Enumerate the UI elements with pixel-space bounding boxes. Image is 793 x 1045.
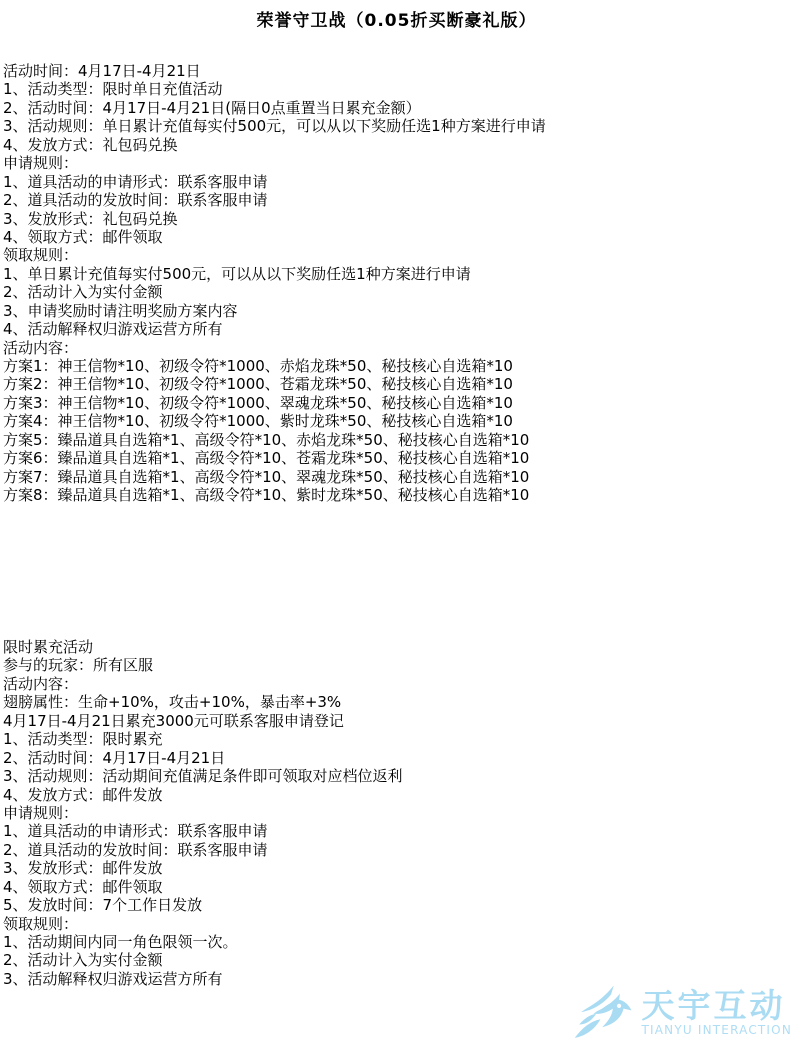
text-line: 1、道具活动的申请形式：联系客服申请 xyxy=(3,822,403,840)
text-line: 1、单日累计充值每实付500元，可以从以下奖励任选1种方案进行申请 xyxy=(3,265,546,283)
text-line: 2、道具活动的发放时间：联系客服申请 xyxy=(3,191,546,209)
text-line: 参与的玩家：所有区服 xyxy=(3,656,403,674)
text-line: 4、领取方式：邮件领取 xyxy=(3,228,546,246)
swallow-bird-icon xyxy=(573,984,635,1042)
text-line: 4、发放方式：礼包码兑换 xyxy=(3,136,546,154)
section-heading: 活动内容： xyxy=(3,675,403,693)
reward-plan-line: 方案4：神王信物*10、初级令符*1000、紫时龙珠*50、秘技核心自选箱*10 xyxy=(3,412,546,430)
text-line: 翅膀属性：生命+10%，攻击+10%，暴击率+3% xyxy=(3,693,403,711)
text-line: 1、活动类型：限时累充 xyxy=(3,730,403,748)
text-line: 2、活动时间：4月17日-4月21日(隔日0点重置当日累充金额） xyxy=(3,99,546,117)
text-line: 1、道具活动的申请形式：联系客服申请 xyxy=(3,173,546,191)
reward-plan-line: 方案2：神王信物*10、初级令符*1000、苍霜龙珠*50、秘技核心自选箱*10 xyxy=(3,375,546,393)
text-line: 4、领取方式：邮件领取 xyxy=(3,878,403,896)
reward-plan-line: 方案7：臻品道具自选箱*1、高级令符*10、翠魂龙珠*50、秘技核心自选箱*10 xyxy=(3,468,546,486)
logo-text: 天宇互动 TIANYU INTERACTION xyxy=(641,989,792,1037)
text-line: 2、道具活动的发放时间：联系客服申请 xyxy=(3,841,403,859)
reward-plan-line: 方案3：神王信物*10、初级令符*1000、翠魂龙珠*50、秘技核心自选箱*10 xyxy=(3,394,546,412)
text-line: 1、活动期间内同一角色限领一次。 xyxy=(3,933,403,951)
text-line: 2、活动计入为实付金额 xyxy=(3,283,546,301)
limited-time-cumulative-recharge-section: 限时累充活动 参与的玩家：所有区服 活动内容： 翅膀属性：生命+10%，攻击+1… xyxy=(3,638,403,988)
page-title: 荣誉守卫战（0.05折买断豪礼版） xyxy=(0,6,793,31)
single-day-recharge-activity-section: 活动时间：4月17日-4月21日 1、活动类型：限时单日充值活动 2、活动时间：… xyxy=(3,62,546,505)
section-heading: 限时累充活动 xyxy=(3,638,403,656)
section-heading: 活动内容： xyxy=(3,339,546,357)
reward-plan-line: 方案1：神王信物*10、初级令符*1000、赤焰龙珠*50、秘技核心自选箱*10 xyxy=(3,357,546,375)
text-line: 5、发放时间：7个工作日发放 xyxy=(3,896,403,914)
tianyu-interaction-logo: 天宇互动 TIANYU INTERACTION xyxy=(573,984,792,1042)
text-line: 3、活动规则：活动期间充值满足条件即可领取对应档位返利 xyxy=(3,767,403,785)
section-heading: 申请规则： xyxy=(3,154,546,172)
text-line: 2、活动计入为实付金额 xyxy=(3,951,403,969)
logo-name-cn: 天宇互动 xyxy=(641,989,792,1023)
reward-plan-line: 方案5：臻品道具自选箱*1、高级令符*10、赤焰龙珠*50、秘技核心自选箱*10 xyxy=(3,431,546,449)
text-line: 3、发放形式：礼包码兑换 xyxy=(3,210,546,228)
logo-name-en: TIANYU INTERACTION xyxy=(641,1023,792,1037)
text-line: 3、申请奖励时请注明奖励方案内容 xyxy=(3,302,546,320)
text-line: 4、发放方式：邮件发放 xyxy=(3,786,403,804)
reward-plan-line: 方案6：臻品道具自选箱*1、高级令符*10、苍霜龙珠*50、秘技核心自选箱*10 xyxy=(3,449,546,467)
text-line: 1、活动类型：限时单日充值活动 xyxy=(3,80,546,98)
text-line: 2、活动时间：4月17日-4月21日 xyxy=(3,749,403,767)
text-line: 4、活动解释权归游戏运营方所有 xyxy=(3,320,546,338)
reward-plan-line: 方案8：臻品道具自选箱*1、高级令符*10、紫时龙珠*50、秘技核心自选箱*10 xyxy=(3,486,546,504)
text-line: 活动时间：4月17日-4月21日 xyxy=(3,62,546,80)
text-line: 3、活动规则：单日累计充值每实付500元，可以从以下奖励任选1种方案进行申请 xyxy=(3,117,546,135)
section-heading: 领取规则： xyxy=(3,915,403,933)
section-heading: 领取规则： xyxy=(3,246,546,264)
text-line: 4月17日-4月21日累充3000元可联系客服申请登记 xyxy=(3,712,403,730)
text-line: 3、活动解释权归游戏运营方所有 xyxy=(3,970,403,988)
text-line: 3、发放形式：邮件发放 xyxy=(3,859,403,877)
section-heading: 申请规则： xyxy=(3,804,403,822)
